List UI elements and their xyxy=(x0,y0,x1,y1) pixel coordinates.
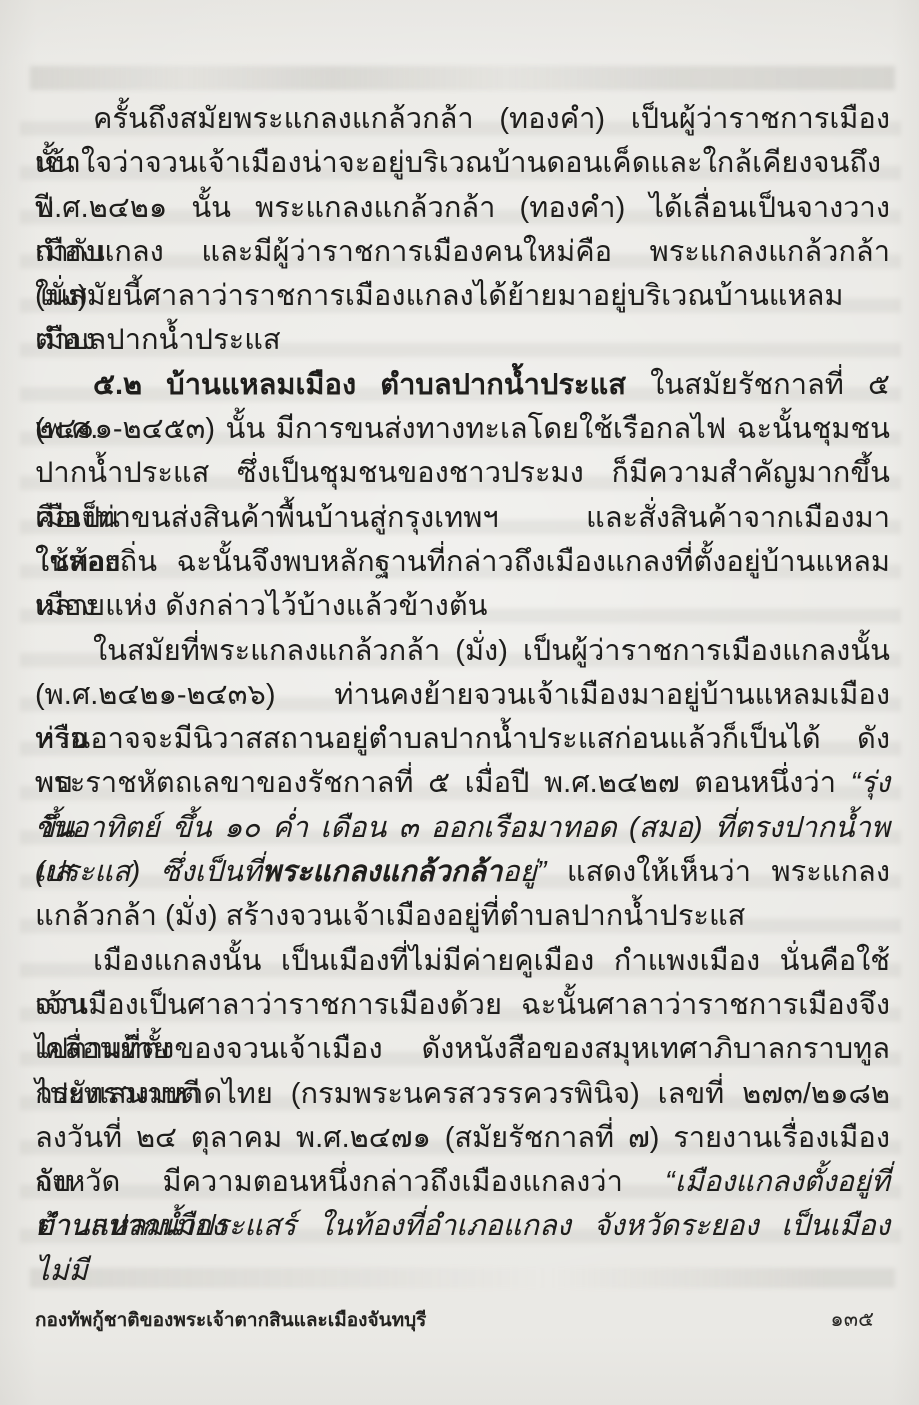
ink-bleedthrough-band xyxy=(30,66,895,90)
page-number: ๑๓๕ xyxy=(830,1303,874,1336)
page-footer: กองทัพกู้ชาติของพระเจ้าตากสินและเมืองจัน… xyxy=(35,1303,874,1336)
ink-bleedthrough-band xyxy=(30,1268,895,1288)
text-line: ท่านอาจจะมีนิวาสสถานอยู่ตำบลปากน้ำประแสก… xyxy=(35,717,890,761)
text-line: ลงวันที่ ๒๔ ตุลาคม พ.ศ.๒๔๗๑ (สมัยรัชกาลท… xyxy=(35,1116,890,1160)
scanned-book-page: { "document": { "kind": "scanned-thai-bo… xyxy=(0,0,919,1405)
text-segment-regular: ๒๔๑๑-๒๔๕๓) นั้น มีการขนส่งทางทะเลโดยใช้เ… xyxy=(35,413,890,445)
text-segment-italic: ตำบลปากน้ำประแสร์ ในท้องที่อำเภอแกลง จัง… xyxy=(35,1210,890,1286)
text-segment-regular: ตำบลปากน้ำประแส xyxy=(35,324,281,356)
text-line: หลายแห่ง ดังกล่าวไว้บ้างแล้วข้างต้น xyxy=(35,584,890,628)
text-line: ปากน้ำประแส ซึ่งเป็นชุมชนของชาวประมง ก็ม… xyxy=(35,451,890,495)
text-line: เมืองแกลงนั้น เป็นเมืองที่ไม่มีค่ายคูเมื… xyxy=(35,939,890,983)
footer-book-title: กองทัพกู้ชาติของพระเจ้าตากสินและเมืองจัน… xyxy=(35,1305,426,1335)
text-segment-regular: ในสมัยที่พระแกลงแกล้วกล้า (มั่ง) เป็นผู้… xyxy=(93,635,890,667)
text-line: พ.ศ.๒๔๒๑ นั้น พระแกลงแกล้วกล้า (ทองคำ) ไ… xyxy=(35,186,890,230)
text-line: ๒๔๑๑-๒๔๕๓) นั้น มีการขนส่งทางทะเลโดยใช้เ… xyxy=(35,407,890,451)
text-segment-bold: ๕.๒ บ้านแหลมเมือง ตำบลปากน้ำประแส xyxy=(93,369,626,401)
text-line: ตำบลปากน้ำประแสร์ ในท้องที่อำเภอแกลง จัง… xyxy=(35,1204,890,1248)
text-line: ตำบลปากน้ำประแส xyxy=(35,318,890,362)
text-segment-italic: อยู่” xyxy=(502,856,546,888)
text-line: เจ้าเมืองเป็นศาลาว่าราชการเมืองด้วย ฉะนั… xyxy=(35,983,890,1027)
text-line: ไปตามที่ตั้งของจวนเจ้าเมือง ดังหนังสือขอ… xyxy=(35,1027,890,1071)
text-line: (ประแส) ซึ่งเป็นที่พระแกลงแกล้วกล้าอยู่”… xyxy=(35,850,890,894)
text-segment-regular: พระราชหัตถเลขาของรัชกาลที่ ๕ เมื่อปี พ.ศ… xyxy=(35,767,851,799)
text-line: เข้าใจว่าจวนเจ้าเมืองน่าจะอยู่บริเวณบ้าน… xyxy=(35,141,890,185)
text-line: วันอาทิตย์ ขึ้น ๑๐ ค่ำ เดือน ๓ ออกเรือมา… xyxy=(35,806,890,850)
text-line: เมืองแกลง และมีผู้ว่าราชการเมืองคนใหม่คื… xyxy=(35,230,890,274)
text-line: แกล้วกล้า (มั่ง) สร้างจวนเจ้าเมืองอยู่ที… xyxy=(35,894,890,938)
text-segment-regular: จังหวัด มีความตอนหนึ่งกล่าวถึงเมืองแกลงว… xyxy=(35,1166,665,1198)
text-line: ๕.๒ บ้านแหลมเมือง ตำบลปากน้ำประแส ในสมัย… xyxy=(35,363,890,407)
text-line: (พ.ศ.๒๔๒๑-๒๔๓๖) ท่านคงย้ายจวนเจ้าเมืองมา… xyxy=(35,673,890,717)
text-segment-regular: แสดงให้เห็นว่า พระแกลง xyxy=(546,856,890,888)
text-line: ในท้องถิ่น ฉะนั้นจึงพบหลักฐานที่กล่าวถึง… xyxy=(35,540,890,584)
text-segment-italic: (ประแส) ซึ่งเป็นที่ xyxy=(35,856,262,888)
text-line: กระทรวงมหาดไทย (กรมพระนครสวรรควรพินิจ) เ… xyxy=(35,1072,890,1116)
text-line: พระราชหัตถเลขาของรัชกาลที่ ๕ เมื่อปี พ.ศ… xyxy=(35,761,890,805)
text-segment-regular: หลายแห่ง ดังกล่าวไว้บ้างแล้วข้างต้น xyxy=(35,590,487,622)
text-line: ในสมัยที่พระแกลงแกล้วกล้า (มั่ง) เป็นผู้… xyxy=(35,629,890,673)
text-segment-bolditalic: พระแกลงแกล้วกล้า xyxy=(262,856,502,888)
text-segment-regular: กระทรวงมหาดไทย (กรมพระนครสวรรควรพินิจ) เ… xyxy=(35,1078,890,1110)
text-segment-regular: แกล้วกล้า (มั่ง) สร้างจวนเจ้าเมืองอยู่ที… xyxy=(35,900,745,932)
text-line: จังหวัด มีความตอนหนึ่งกล่าวถึงเมืองแกลงว… xyxy=(35,1160,890,1204)
text-line: เมืองท่าขนส่งสินค้าพื้นบ้านสู่กรุงเทพฯ แ… xyxy=(35,496,890,540)
text-line: ในสมัยนี้ศาลาว่าราชการเมืองแกลงได้ย้ายมา… xyxy=(35,274,890,318)
text-line: ครั้นถึงสมัยพระแกลงแกล้วกล้า (ทองคำ) เป็… xyxy=(35,97,890,141)
page-body: ครั้นถึงสมัยพระแกลงแกล้วกล้า (ทองคำ) เป็… xyxy=(35,97,890,1249)
